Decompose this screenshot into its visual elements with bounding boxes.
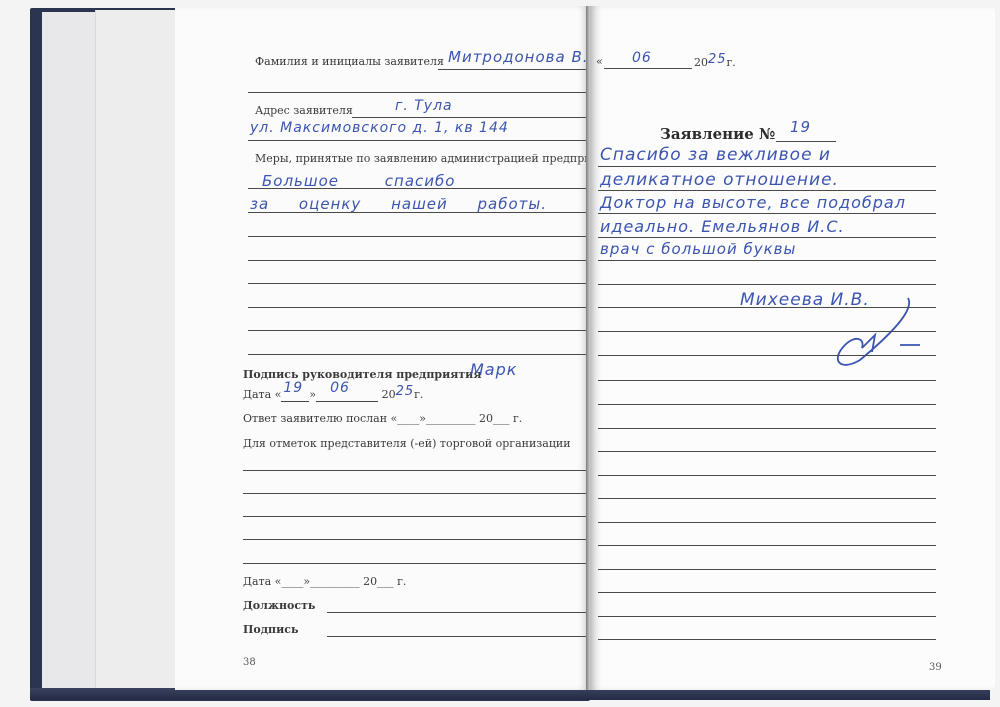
applicant-address-line1: г. Тула (395, 98, 453, 114)
date-day: 19 (283, 380, 303, 396)
signature-label: Подпись (243, 623, 298, 636)
manager-signature-label: Подпись руководителя предприятия (243, 368, 481, 381)
form-line (598, 522, 936, 523)
form-line (243, 539, 588, 540)
position-label: Должность (243, 599, 315, 612)
form-line (243, 470, 588, 471)
form-line (352, 117, 588, 118)
statement-line: идеально. Емельянов И.С. (600, 217, 845, 236)
statement-line: врач с большой буквы (600, 240, 796, 258)
top-date-year-suffix: 25 (708, 52, 727, 67)
top-date-quote: « (596, 55, 603, 68)
statement-line: Доктор на высоте, все подобрал (600, 193, 906, 212)
form-line (776, 141, 836, 142)
statement-number: 19 (790, 118, 811, 136)
date-row: Дата «19 »06 2025г. (243, 387, 423, 402)
form-line (598, 237, 936, 238)
form-line (598, 639, 936, 640)
form-line (598, 380, 936, 381)
applicant-name-value: Митродонова В.О. (448, 48, 607, 66)
page-stack (42, 12, 102, 692)
date-year-suffix: 25 (396, 384, 415, 399)
form-line (243, 493, 588, 494)
measures-label: Меры, принятые по заявлению администраци… (255, 152, 623, 165)
form-line (598, 307, 936, 308)
applicant-address-line2: ул. Максимовского д. 1, кв 144 (250, 120, 509, 136)
statement-title: Заявление № (660, 125, 775, 143)
form-line (598, 545, 936, 546)
form-line (248, 140, 588, 141)
page-number-left: 38 (243, 657, 256, 668)
form-line (327, 612, 587, 613)
form-line (598, 616, 936, 617)
form-line (598, 498, 936, 499)
form-line (327, 636, 587, 637)
author-signature-scribble (820, 290, 930, 370)
form-line (598, 260, 936, 261)
manager-signature: Марк (470, 360, 517, 379)
page-number-right: 39 (929, 662, 942, 673)
form-line (248, 283, 588, 284)
applicant-name-label: Фамилия и инициалы заявителя (255, 55, 444, 68)
date-label: Дата « (243, 388, 281, 401)
form-line (598, 592, 936, 593)
page-stack (95, 10, 186, 692)
form-line (598, 331, 936, 332)
statement-line: Спасибо за вежливое и (600, 145, 831, 165)
form-line (598, 355, 936, 356)
form-line (243, 516, 588, 517)
top-date-year: 2025г. (694, 55, 736, 70)
top-date-g: г. (727, 56, 736, 69)
trade-org-label: Для отметок представителя (-ей) торговой… (243, 437, 571, 450)
form-line (248, 330, 588, 331)
measures-line2: за оценку нашей работы. (250, 195, 547, 213)
form-line (604, 68, 692, 69)
form-line (248, 92, 588, 93)
top-date-month: 06 (632, 50, 652, 66)
date-month: 06 (330, 380, 350, 396)
form-line (248, 354, 588, 355)
form-line (598, 475, 936, 476)
right-page (590, 6, 995, 690)
form-line (598, 284, 936, 285)
second-date-label: Дата «____»_________ 20___ г. (243, 575, 406, 588)
form-line (248, 188, 588, 189)
applicant-address-label: Адрес заявителя (255, 104, 353, 117)
statement-line: деликатное отношение. (600, 170, 839, 190)
form-line (598, 569, 936, 570)
form-line (438, 69, 588, 70)
form-line (248, 212, 588, 213)
top-date-year-prefix: 20 (694, 56, 708, 69)
date-g: г. (414, 388, 423, 401)
reply-sent-label: Ответ заявителю послан «____»_________ 2… (243, 412, 522, 425)
form-line (248, 260, 588, 261)
form-line (598, 190, 936, 191)
form-line (598, 404, 936, 405)
form-line (598, 213, 936, 214)
form-line (248, 236, 588, 237)
form-line (598, 428, 936, 429)
form-line (248, 307, 588, 308)
date-year-prefix: 20 (382, 388, 396, 401)
form-line (598, 166, 936, 167)
form-line (598, 451, 936, 452)
form-line (243, 563, 588, 564)
